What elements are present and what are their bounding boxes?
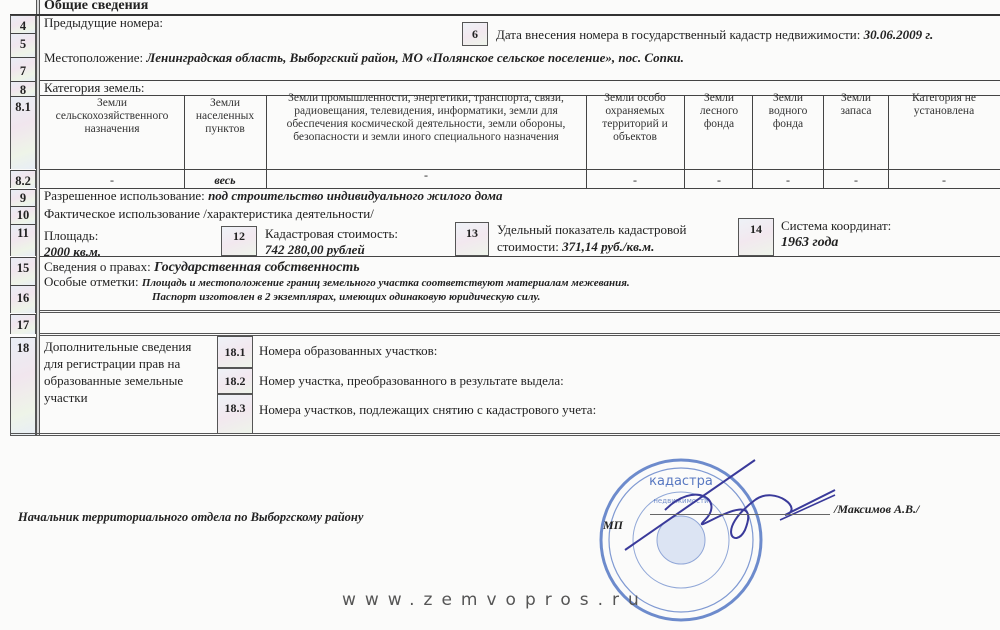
row-number-18-1: 18.1 bbox=[217, 336, 253, 368]
specific-value-label: Удельный показатель кадастровой bbox=[497, 222, 687, 238]
stamp-mark: МП bbox=[603, 518, 623, 533]
divider bbox=[40, 80, 1000, 81]
registration-date-field: Дата внесения номера в государственный к… bbox=[496, 27, 933, 43]
category-header-forest: Земли лесного фонда bbox=[688, 92, 750, 131]
category-header-reserve: Земли запаса bbox=[827, 92, 885, 118]
category-header-protected: Земли особо охраняемых территорий и объе… bbox=[590, 92, 680, 144]
watermark-url: www.zemvopros.ru bbox=[342, 590, 648, 610]
actual-use-label: Фактическое использование /характеристик… bbox=[44, 206, 374, 222]
left-rail bbox=[36, 0, 40, 436]
category-header-agricultural: Земли сельскохозяйственного назначения bbox=[42, 97, 182, 136]
row-number-8-2: 8.2 bbox=[10, 170, 36, 188]
category-value-forest: - bbox=[688, 173, 750, 188]
divider bbox=[40, 333, 1000, 336]
row-number-8: 8 bbox=[10, 81, 36, 96]
category-value-water: - bbox=[756, 173, 820, 188]
row-number-6: 6 bbox=[462, 22, 488, 46]
row-number-11: 11 bbox=[10, 224, 36, 256]
row-number-12: 12 bbox=[221, 226, 257, 256]
specific-value-amount: 371,14 руб./кв.м. bbox=[562, 239, 654, 254]
previous-numbers-label: Предыдущие номера: bbox=[44, 15, 163, 31]
category-value-settlements: весь bbox=[186, 173, 264, 188]
additional-info-label: Дополнительные сведения для регистрации … bbox=[44, 338, 191, 406]
signatory-position: Начальник территориального отдела по Выб… bbox=[18, 510, 363, 525]
category-value-undefined: - bbox=[892, 173, 996, 188]
parcels-to-remove-label: Номера участков, подлежащих снятию с кад… bbox=[259, 402, 596, 418]
category-value-protected: - bbox=[590, 173, 680, 188]
divider bbox=[40, 256, 1000, 257]
divider bbox=[10, 433, 1000, 436]
divider bbox=[684, 95, 685, 188]
divider bbox=[823, 95, 824, 188]
additional-info-line: участки bbox=[44, 389, 191, 406]
row-number-4: 4 bbox=[10, 15, 36, 33]
divider bbox=[184, 95, 185, 188]
area-label: Площадь: bbox=[44, 228, 98, 244]
special-marks-value: Площадь и местоположение границ земельно… bbox=[142, 277, 630, 289]
signatory-name: /Максимов А.В./ bbox=[834, 502, 919, 517]
permitted-use-label: Разрешенное использование: bbox=[44, 188, 205, 203]
permitted-use-field: Разрешенное использование: под строитель… bbox=[44, 188, 502, 204]
divider bbox=[586, 95, 587, 188]
category-header-water: Земли водного фонда bbox=[756, 92, 820, 131]
land-category-label: Категория земель: bbox=[44, 80, 145, 96]
special-marks-value-2: Паспорт изготовлен в 2 экземплярах, имею… bbox=[152, 291, 540, 303]
registration-date-value: 30.06.2009 г. bbox=[864, 27, 934, 42]
additional-info-line: для регистрации прав на bbox=[44, 355, 191, 372]
area-value: 2000 кв.м. bbox=[44, 244, 101, 260]
category-header-undefined: Категория не установлена bbox=[892, 92, 996, 118]
row-number-5: 5 bbox=[10, 33, 36, 57]
row-number-10: 10 bbox=[10, 206, 36, 224]
row-number-8-1: 8.1 bbox=[10, 96, 36, 169]
category-value-industry: - bbox=[270, 168, 582, 183]
signature-icon bbox=[605, 440, 865, 570]
formed-parcels-label: Номера образованных участков: bbox=[259, 343, 437, 359]
registration-date-label: Дата внесения номера в государственный к… bbox=[496, 27, 860, 42]
row-number-9: 9 bbox=[10, 189, 36, 206]
divider bbox=[752, 95, 753, 188]
row-number-15: 15 bbox=[10, 257, 36, 285]
row-number-16: 16 bbox=[10, 285, 36, 313]
row-number-18-2: 18.2 bbox=[217, 368, 253, 394]
coordinate-system-label: Система координат: bbox=[781, 218, 891, 234]
category-value-reserve: - bbox=[827, 173, 885, 188]
category-header-industry: Земли промышленности, энергетики, трансп… bbox=[270, 92, 582, 144]
coordinate-system-value: 1963 года bbox=[781, 235, 838, 251]
category-header-settlements: Земли населенных пунктов bbox=[186, 97, 264, 136]
additional-info-line: образованные земельные bbox=[44, 372, 191, 389]
category-value-agricultural: - bbox=[42, 173, 182, 188]
location-value: Ленинградская область, Выборгский район,… bbox=[146, 50, 684, 65]
section-title: Общие сведения bbox=[44, 0, 148, 14]
location-field: Местоположение: Ленинградская область, В… bbox=[44, 50, 684, 66]
divider bbox=[888, 95, 889, 188]
location-label: Местоположение: bbox=[44, 50, 143, 65]
cadastral-value-label: Кадастровая стоимость: bbox=[265, 226, 398, 242]
row-number-14: 14 bbox=[738, 218, 774, 256]
row-number-18: 18 bbox=[10, 337, 36, 436]
rights-label: Сведения о правах: bbox=[44, 259, 151, 274]
special-marks-field: Особые отметки: Площадь и местоположение… bbox=[44, 274, 630, 290]
specific-value-label-2: стоимости: bbox=[497, 239, 559, 254]
row-number-17: 17 bbox=[10, 314, 36, 334]
additional-info-line: Дополнительные сведения bbox=[44, 338, 191, 355]
row-number-18-3: 18.3 bbox=[217, 394, 253, 434]
divider bbox=[40, 310, 1000, 313]
transformed-parcel-label: Номер участка, преобразованного в резуль… bbox=[259, 373, 564, 389]
row-number-13: 13 bbox=[455, 222, 489, 256]
permitted-use-value: под строительство индивидуального жилого… bbox=[208, 188, 502, 203]
divider bbox=[266, 95, 267, 188]
special-marks-label: Особые отметки: bbox=[44, 274, 139, 289]
specific-value-field: стоимости: 371,14 руб./кв.м. bbox=[497, 239, 654, 255]
rights-value: Государственная собственность bbox=[154, 260, 360, 275]
signature-line bbox=[650, 514, 830, 515]
row-number-7: 7 bbox=[10, 57, 36, 81]
